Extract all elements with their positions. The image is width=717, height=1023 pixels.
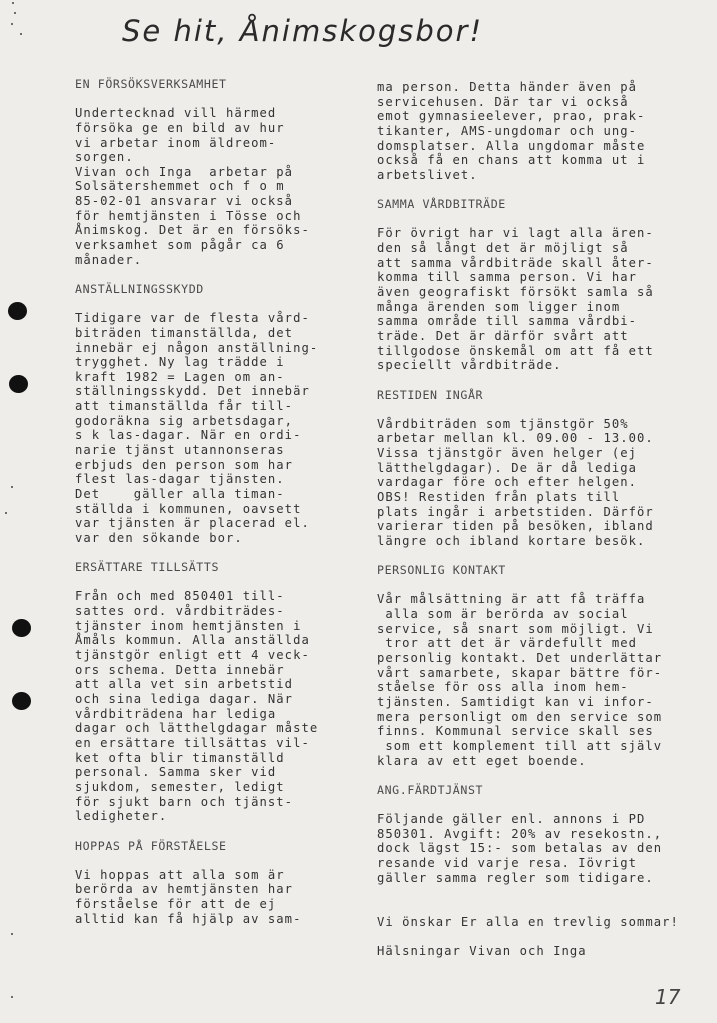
spacer — [377, 578, 702, 593]
text-line: arbetar mellan kl. 09.00 - 13.00. — [377, 431, 702, 446]
text-line: tror att det är värdefullt med — [377, 636, 702, 651]
text-line: alltid kan få hjälp av sam- — [75, 912, 375, 927]
spacer — [377, 373, 702, 388]
speck — [11, 486, 13, 488]
text-line: sattes ord. vårdbiträdes- — [75, 604, 375, 619]
spacer — [377, 797, 702, 812]
speck — [12, 2, 14, 4]
speck — [11, 933, 13, 935]
section-heading: ANG.FÄRDTJÄNST — [377, 783, 702, 798]
text-line: tjänstgör enligt ett 4 veck- — [75, 648, 375, 663]
text-line: träde. Det är därför svårt att — [377, 329, 702, 344]
section: ANG.FÄRDTJÄNSTFöljande gäller enl. annon… — [377, 783, 702, 900]
text-line: Vårdbiträden som tjänstgör 50% — [377, 417, 702, 432]
text-line: för sjukt barn och tjänst- — [75, 795, 375, 810]
section: ANSTÄLLNINGSSKYDDTidigare var de flesta … — [75, 282, 375, 560]
text-line: alla som är berörda av social — [377, 607, 702, 622]
section-heading: EN FÖRSÖKSVERKSAMHET — [75, 77, 375, 92]
text-line: speciellt vårdbiträde. — [377, 358, 702, 373]
speck — [11, 23, 13, 25]
section-heading: ANSTÄLLNINGSSKYDD — [75, 282, 375, 297]
text-line: domsplatser. Alla ungdomar måste — [377, 139, 702, 154]
punch-hole — [9, 375, 28, 393]
text-line: finns. Kommunal service skall ses — [377, 724, 702, 739]
page-number: 17 — [655, 985, 680, 1009]
text-line: biträden timanställda, det — [75, 326, 375, 341]
section: SAMMA VÅRDBITRÄDEFör övrigt har vi lagt … — [377, 197, 702, 387]
text-line: en ersättare tillsättas vil- — [75, 736, 375, 751]
text-line: Vi hoppas att alla som är — [75, 868, 375, 883]
text-line: arbetslivet. — [377, 168, 702, 183]
text-line: att timanställda får till- — [75, 399, 375, 414]
section: RESTIDEN INGÅRVårdbiträden som tjänstgör… — [377, 388, 702, 564]
text-line: också få en chans att komma ut i — [377, 153, 702, 168]
text-line: längre och ibland kortare besök. — [377, 534, 702, 549]
spacer — [75, 546, 375, 561]
text-line: klara av ett eget boende. — [377, 754, 702, 769]
text-line: att alla vet sin arbetstid — [75, 677, 375, 692]
text-line: personal. Samma sker vid — [75, 765, 375, 780]
section-heading: PERSONLIG KONTAKT — [377, 563, 702, 578]
text-line: vi arbetar inom äldreom- — [75, 136, 375, 151]
text-line: tjänster inom hemtjänsten i — [75, 619, 375, 634]
text-line: berörda av hemtjänsten har — [75, 882, 375, 897]
speck — [20, 33, 22, 35]
text-line: s k las-dagar. När en ordi- — [75, 428, 375, 443]
text-line: Från och med 850401 till- — [75, 589, 375, 604]
text-line: även geografiskt försökt samla så — [377, 285, 702, 300]
section: PERSONLIG KONTAKTVår målsättning är att … — [377, 563, 702, 783]
text-line: månader. — [75, 253, 375, 268]
punch-hole — [12, 619, 31, 637]
text-line: komma till samma person. Vi har — [377, 270, 702, 285]
punch-hole — [8, 302, 27, 320]
spacer — [75, 853, 375, 868]
text-line: försöka ge en bild av hur — [75, 121, 375, 136]
section-heading: ERSÄTTARE TILLSÄTTS — [75, 560, 375, 575]
section: ERSÄTTARE TILLSÄTTSFrån och med 850401 t… — [75, 560, 375, 838]
spacer — [377, 549, 702, 564]
section-heading: RESTIDEN INGÅR — [377, 388, 702, 403]
text-line: Det gäller alla timan- — [75, 487, 375, 502]
text-line: kraft 1982 = Lagen om an- — [75, 370, 375, 385]
spacer — [377, 183, 702, 198]
text-line: servicehusen. Där tar vi också — [377, 95, 702, 110]
text-line: Vissa tjänstgör även helger (ej — [377, 446, 702, 461]
text-line: Undertecknad vill härmed — [75, 106, 375, 121]
text-line: ors schema. Detta innebär — [75, 663, 375, 678]
text-line: trygghet. Ny lag trädde i — [75, 355, 375, 370]
text-line: plats ingår i arbetstiden. Därför — [377, 505, 702, 520]
section: ma person. Detta händer även påservicehu… — [377, 80, 702, 197]
spacer — [75, 824, 375, 839]
text-line: dock lägst 15:- som betalas av den — [377, 841, 702, 856]
right-column: ma person. Detta händer även påservicehu… — [377, 80, 702, 958]
text-line: flest las-dagar tjänsten. — [75, 472, 375, 487]
text-line: Ånimskog. Det är en försöks- — [75, 223, 375, 238]
spacer — [377, 402, 702, 417]
spacer — [377, 929, 702, 944]
text-line: 850301. Avgift: 20% av resekostn., — [377, 827, 702, 842]
text-line: erbjuds den person som har — [75, 458, 375, 473]
left-column: EN FÖRSÖKSVERKSAMHETUndertecknad vill hä… — [75, 77, 375, 941]
text-line: resande vid varje resa. Iövrigt — [377, 856, 702, 871]
text-line: den så långt det är möjligt så — [377, 241, 702, 256]
text-line: sorgen. — [75, 150, 375, 165]
text-line: service, så snart som möjligt. Vi — [377, 622, 702, 637]
text-line: emot gymnasieelever, prao, prak- — [377, 109, 702, 124]
spacer — [75, 92, 375, 107]
text-line: varierar tiden på besöken, ibland — [377, 519, 702, 534]
section: EN FÖRSÖKSVERKSAMHETUndertecknad vill hä… — [75, 77, 375, 282]
signature: Hälsningar Vivan och Inga — [377, 944, 702, 959]
text-line: ställda i kommunen, oavsett — [75, 502, 375, 517]
text-line: ledigheter. — [75, 809, 375, 824]
page-title: Se hit, Ånimskogsbor! — [122, 14, 483, 48]
closing-line: Vi önskar Er alla en trevlig sommar! — [377, 915, 702, 930]
section-heading: HOPPAS PÅ FÖRSTÅELSE — [75, 839, 375, 854]
punch-hole — [12, 692, 31, 710]
text-line: lätthelgdagar). De är då lediga — [377, 461, 702, 476]
text-line: vardagar före och efter helgen. — [377, 475, 702, 490]
text-line: mera personligt om den service som — [377, 710, 702, 725]
text-line: som ett komplement till att själv — [377, 739, 702, 754]
spacer — [377, 885, 702, 900]
text-line: 85-02-01 ansvarar vi också — [75, 194, 375, 209]
text-line: många ärenden som ligger inom — [377, 300, 702, 315]
text-line: Åmåls kommun. Alla anställda — [75, 633, 375, 648]
text-line: för hemtjänsten i Tösse och — [75, 209, 375, 224]
text-line: Tidigare var de flesta vård- — [75, 311, 375, 326]
spacer — [377, 768, 702, 783]
text-line: ställningsskydd. Det innebär — [75, 384, 375, 399]
text-line: förståelse för att de ej — [75, 897, 375, 912]
text-line: Följande gäller enl. annons i PD — [377, 812, 702, 827]
spacer — [75, 267, 375, 282]
text-line: sjukdom, semester, ledigt — [75, 780, 375, 795]
speck — [11, 996, 13, 998]
speck — [14, 12, 16, 14]
text-line: ket ofta blir timanställd — [75, 751, 375, 766]
spacer — [377, 900, 702, 915]
text-line: vårdbiträdena har lediga — [75, 707, 375, 722]
spacer — [75, 297, 375, 312]
spacer — [377, 212, 702, 227]
text-line: Vivan och Inga arbetar på — [75, 165, 375, 180]
text-line: För övrigt har vi lagt alla ären- — [377, 226, 702, 241]
section-heading: SAMMA VÅRDBITRÄDE — [377, 197, 702, 212]
section: HOPPAS PÅ FÖRSTÅELSEVi hoppas att alla s… — [75, 839, 375, 941]
text-line: tikanter, AMS-ungdomar och ung- — [377, 124, 702, 139]
spacer — [75, 575, 375, 590]
text-line: personlig kontakt. Det underlättar — [377, 651, 702, 666]
text-line: var tjänsten är placerad el. — [75, 516, 375, 531]
text-line: ma person. Detta händer även på — [377, 80, 702, 95]
text-line: gäller samma regler som tidigare. — [377, 871, 702, 886]
text-line: Vår målsättning är att få träffa — [377, 592, 702, 607]
text-line: Solsätershemmet och f o m — [75, 179, 375, 194]
text-line: samma område till samma vårdbi- — [377, 314, 702, 329]
text-line: OBS! Restiden från plats till — [377, 490, 702, 505]
text-line: ståelse för oss alla inom hem- — [377, 680, 702, 695]
spacer — [75, 926, 375, 941]
text-line: vårt samarbete, skapar bättre för- — [377, 666, 702, 681]
text-line: att samma vårdbiträde skall åter- — [377, 256, 702, 271]
text-line: dagar och lätthelgdagar måste — [75, 721, 375, 736]
text-line: narie tjänst utannonseras — [75, 443, 375, 458]
text-line: tjänsten. Samtidigt kan vi infor- — [377, 695, 702, 710]
text-line: tillgodose önskemål om att få ett — [377, 344, 702, 359]
text-line: verksamhet som pågår ca 6 — [75, 238, 375, 253]
text-line: godoräkna sig arbetsdagar, — [75, 414, 375, 429]
text-line: innebär ej någon anställning- — [75, 341, 375, 356]
text-line: och sina lediga dagar. När — [75, 692, 375, 707]
speck — [5, 512, 7, 514]
text-line: var den sökande bor. — [75, 531, 375, 546]
